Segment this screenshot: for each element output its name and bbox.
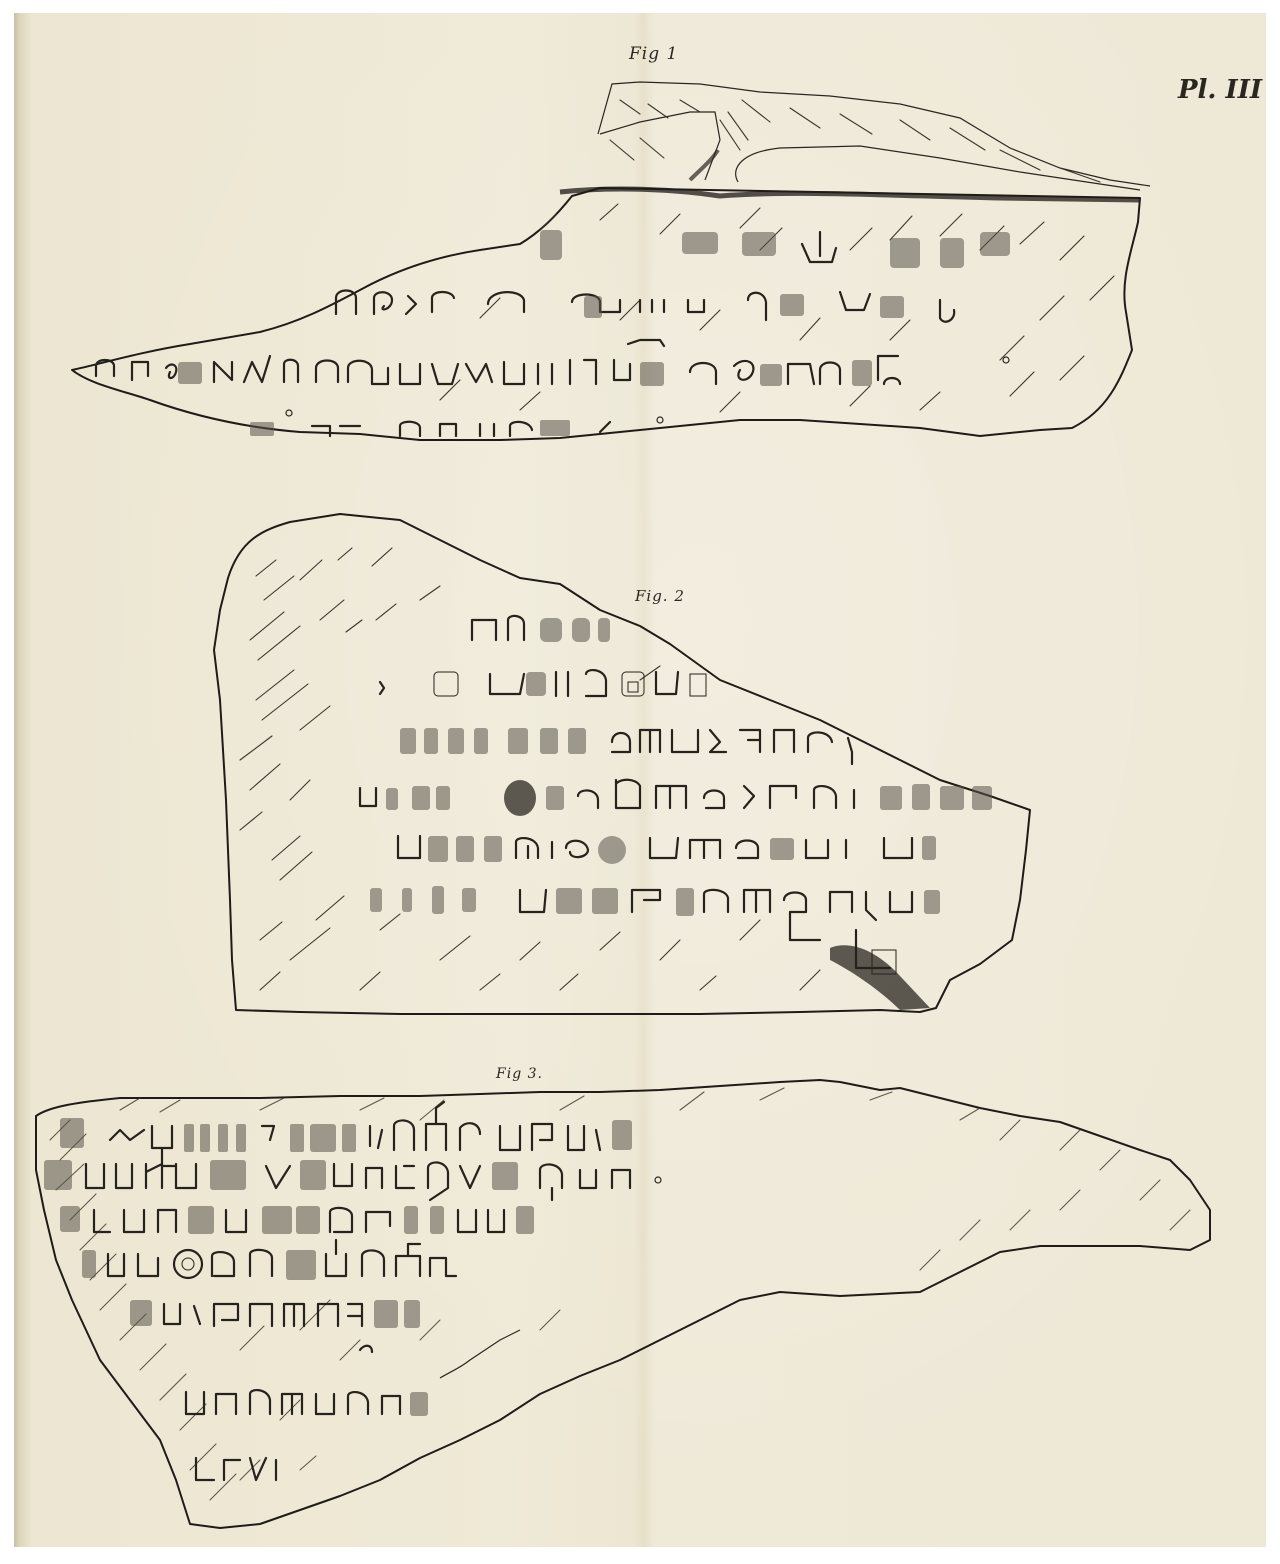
plate-illustrations [0,0,1280,1564]
figure-3-label: Fig 3. [496,1066,543,1082]
figure-3-fragment [36,1080,1210,1528]
plate-number-label: Pl. III [1178,75,1262,105]
figure-1-label: Fig 1 [629,44,678,64]
figure-2-fragment [214,514,1030,1014]
figure-2-label: Fig. 2 [635,587,685,605]
figure-1-fragment [72,82,1150,440]
